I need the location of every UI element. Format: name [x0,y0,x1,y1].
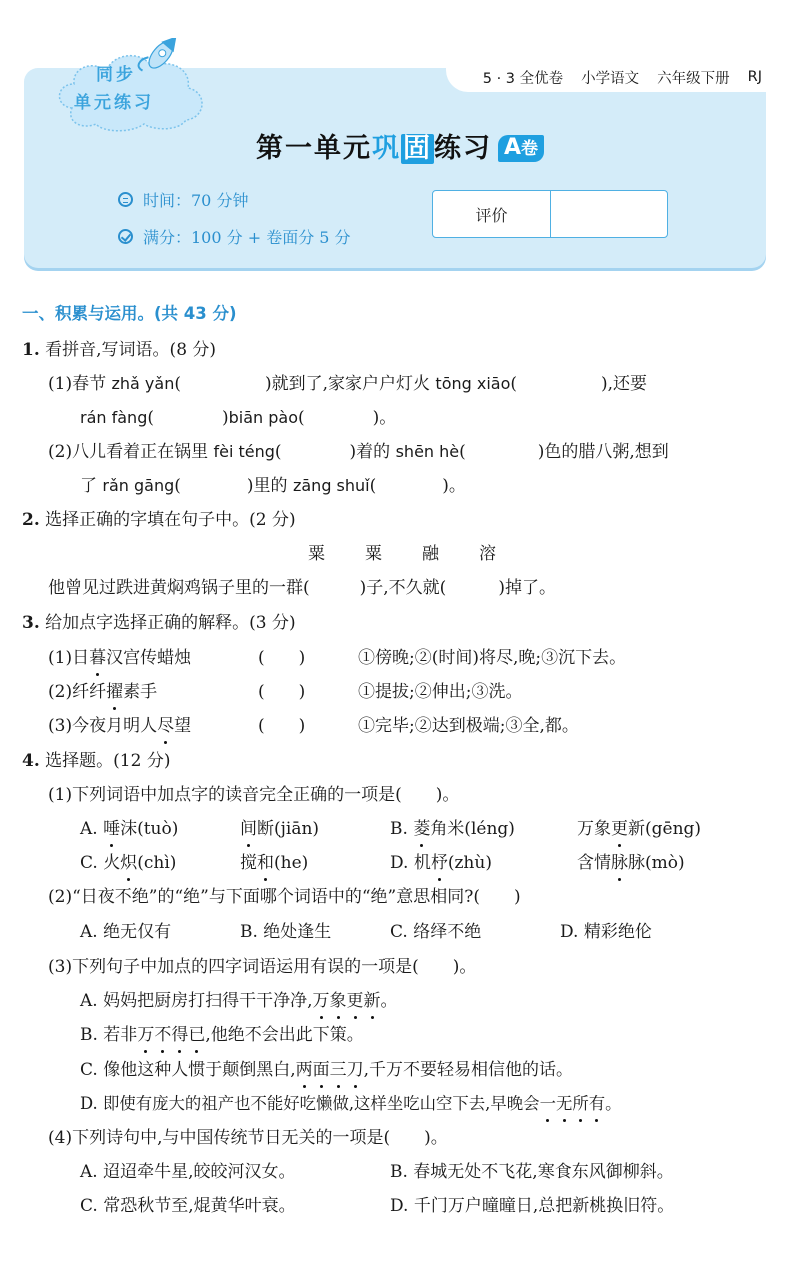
option-label: A. [80,819,103,839]
grade: 六年级下册 [657,67,730,88]
option-c[interactable]: C. 像他这种人惯于颠倒黑白,两面三刀,千万不要轻易相信他的话。 [80,1058,573,1082]
dotted-char: 炽 [120,851,137,875]
question-4-title: 4. 选择题。(12 分) [22,749,170,773]
text: ( [510,374,517,394]
pinyin: shēn hè [396,442,460,461]
option-c[interactable]: C. 络绎不绝 [390,920,481,944]
dotted-char: 菱 [413,817,430,841]
choice-char: 融 [422,544,439,564]
text: ,千万不要轻易相信他的话。 [364,1060,573,1080]
text: ( [459,442,466,462]
q4-sub4-prompt: (4)下列诗句中,与中国传统节日无关的一项是( )。 [48,1126,448,1150]
series-info: 5 · 3 全优卷 小学语文 六年级下册 RJ [446,66,766,88]
dotted-char: 已 [188,1023,205,1047]
badge-line1: 同步 [96,60,136,85]
answer-paren[interactable]: ( ) [258,680,305,704]
text: 角米(léng) [430,819,515,839]
question-number: 4. [22,751,40,771]
answer-paren[interactable]: ( ) [258,714,305,738]
text: ) [222,408,229,428]
text: ( [174,374,181,394]
q4-sub3-prompt: (3)下列句子中加点的四字词语运用有误的一项是( )。 [48,955,476,979]
dotted-char: 更 [611,817,628,841]
text: D. 即使有庞大的祖产也不能好吃懒做,这样坐吃山空下去,早晚会 [80,1094,540,1113]
question-prompt: 给加点字选择正确的解释。(3 分) [45,613,295,633]
q3-item: (3)今夜月明人尽望 [48,714,191,738]
dotted-char: 唾 [103,817,120,841]
option-c-1[interactable]: C. 火炽(chì) [80,851,176,875]
text: 万象 [577,819,611,839]
q4-sub2-prompt: (2)“日夜不绝”的“绝”与下面哪个词语中的“绝”意思相同?( ) [48,885,521,909]
paper-version-badge: A卷 [498,135,544,162]
dotted-char: 更 [347,989,364,1013]
dotted-char: 得 [171,1023,188,1047]
pinyin: rán fàng [80,408,147,427]
pinyin: zāng shuǐ [293,476,370,495]
score-text: 满分：100 分 + 卷面分 5 分 [143,225,351,248]
text: A. 妈妈把厨房打扫得干干净净, [80,991,313,1011]
text: 他曾见过跌进黄焖鸡锅子里的一群( [48,578,310,598]
dotted-char: 两 [296,1058,313,1082]
subject: 小学语文 [581,67,639,88]
text: 机 [414,853,431,873]
option-label: C. [80,853,103,873]
q3-item: (2)纤纤擢素手 [48,680,157,704]
text: 素手 [123,682,157,702]
dotted-char: 万 [313,989,330,1013]
text: )掉了。 [498,578,556,598]
text: (1)春节 [48,374,111,394]
score-info: 满分：100 分 + 卷面分 5 分 [118,225,351,248]
question-prompt: 选择题。(12 分) [45,751,170,771]
time-text: 时间：70 分钟 [143,188,248,211]
question-prompt: 选择正确的字填在句子中。(2 分) [45,510,295,530]
text: (chì) [137,853,176,873]
option-b[interactable]: B. 若非万不得已,他绝不会出此下策。 [80,1023,364,1047]
dotted-char: 无 [556,1092,572,1116]
option-d[interactable]: D. 千门万户曈曈日,总把新桃换旧符。 [390,1194,674,1218]
dotted-char: 刀 [347,1058,364,1082]
q1-line-4: 了 rǎn gāng()里的 zāng shuǐ()。 [80,474,466,498]
answer-paren[interactable]: ( ) [258,646,305,670]
dotted-char: 一 [540,1092,556,1116]
dotted-char: 新 [364,989,381,1013]
title-part4: 练习 [434,133,492,164]
option-a-1[interactable]: A. 唾沫(tuò) [80,817,178,841]
dotted-char: 万 [137,1023,154,1047]
evaluation-label: 评价 [433,191,551,237]
text: 。 [605,1094,621,1113]
badge-letter: A [504,135,521,160]
text: )里的 [247,476,293,496]
dotted-char: 不 [154,1023,171,1047]
check-circle-icon [118,229,133,244]
text: 脉(mò) [628,853,685,873]
edition: RJ [748,69,762,85]
text: 含情 [577,853,611,873]
text: ,他绝不会出此下策。 [205,1025,363,1045]
dotted-char: 面 [313,1058,330,1082]
question-number: 2. [22,510,40,530]
dotted-char: 擢 [106,680,123,704]
text: )就到了,家家户户灯火 [265,374,435,394]
text: 望 [174,716,191,736]
text: 新(gēng) [628,819,701,839]
option-c[interactable]: C. 常恐秋节至,焜黄华叶衰。 [80,1194,296,1218]
pinyin: biān pào [229,408,298,427]
question-2-title: 2. 选择正确的字填在句子中。(2 分) [22,508,296,532]
q2-sentence: 他曾见过跌进黄焖鸡锅子里的一群()子,不久就()掉了。 [48,576,556,600]
q1-line-3: (2)八儿看着正在锅里 fèi téng()着的 shēn hè()色的腊八粥,… [48,440,669,464]
dotted-char: 脉 [611,851,628,875]
pinyin: tōng xiāo [435,374,510,393]
question-number: 3. [22,613,40,633]
badge-line2: 单元练习 [74,88,154,113]
text: ( [275,442,282,462]
q3-options: ①傍晚;②(时间)将尽,晚;③沉下去。 [358,646,626,670]
pinyin: rǎn gāng [102,476,174,495]
evaluation-field[interactable] [551,191,667,237]
dotted-char: 象 [330,989,347,1013]
title-part1: 第一单元 [256,133,372,164]
section-heading: 一、积累与运用。(共 43 分) [22,302,237,326]
text: 。 [381,991,398,1011]
q4-sub1-prompt: (1)下列词语中加点字的读音完全正确的一项是( )。 [48,783,459,807]
text: )着的 [350,442,396,462]
dotted-char: 有 [589,1092,605,1116]
badge-text: 卷 [521,139,538,159]
option-b[interactable]: B. 春城无处不飞花,寒食东风御柳斜。 [390,1160,674,1184]
series-name: 5 · 3 全优卷 [483,67,563,88]
title-part2: 巩 [372,133,401,164]
dotted-char: 暮 [89,646,106,670]
title-part3: 固 [401,134,434,164]
question-prompt: 看拼音,写词语。(8 分) [45,340,216,360]
option-a-2: 间断(jiān) [240,817,319,841]
option-a[interactable]: A. 绝无仅有 [80,920,171,944]
option-b-1[interactable]: B. 菱角米(léng) [390,817,515,841]
q1-line-2: rán fàng()biān pào()。 [80,406,396,430]
page-title: 第一单元巩固练习A卷 [0,126,800,165]
option-d-2: 含情脉脉(mò) [577,851,685,875]
cloud-rocket-icon [52,38,212,134]
option-a[interactable]: A. 妈妈把厨房打扫得干干净净,万象更新。 [80,989,398,1013]
q3-options: ①完毕;②达到极端;③全,都。 [358,714,579,738]
text: 断(jiān) [257,819,319,839]
option-label: B. [390,819,413,839]
option-d[interactable]: D. 即使有庞大的祖产也不能好吃懒做,这样坐吃山空下去,早晚会一无所有。 [80,1092,622,1116]
dotted-char: 尽 [157,714,174,738]
option-b-2: 万象更新(gēng) [577,817,701,841]
question-number: 1. [22,340,40,360]
q3-item: (1)日暮汉宫传蜡烛 [48,646,191,670]
option-c-2: 搅和(he) [240,851,308,875]
question-1-title: 1. 看拼音,写词语。(8 分) [22,338,216,362]
q2-choices: 粟粟融溶 [308,542,496,566]
text: ( [298,408,305,428]
dotted-char: 三 [330,1058,347,1082]
text: )子,不久就( [360,578,447,598]
evaluation-box: 评价 [432,190,668,238]
text: (he) [274,853,308,873]
text: 沫(tuò) [120,819,178,839]
text: (3)今夜月明人 [48,716,157,736]
q1-line-1: (1)春节 zhǎ yǎn()就到了,家家户户灯火 tōng xiāo(),还要 [48,372,647,396]
question-3-title: 3. 给加点字选择正确的解释。(3 分) [22,611,296,635]
option-b[interactable]: B. 绝处逢生 [240,920,331,944]
hourglass-icon [118,192,133,207]
text: 火 [103,853,120,873]
text: C. 像他这种人惯于颠倒黑白, [80,1060,296,1080]
text: 了 [80,476,102,496]
text: B. 若非 [80,1025,137,1045]
text: (1)日 [48,648,89,668]
option-d-1[interactable]: D. 机杼(zhù) [390,851,492,875]
dotted-char: 间 [240,817,257,841]
text: (2)纤纤 [48,682,106,702]
pinyin: fèi téng [213,442,274,461]
dotted-char: 杼 [431,851,448,875]
dotted-char: 和 [257,851,274,875]
text: ( [370,476,377,496]
text: )色的腊八粥,想到 [538,442,669,462]
text: ( [147,408,154,428]
text: )。 [442,476,466,496]
text: 搅 [240,853,257,873]
text: ),还要 [601,374,647,394]
text: )。 [373,408,397,428]
text: ( [174,476,181,496]
time-info: 时间：70 分钟 [118,188,248,211]
text: (2)八儿看着正在锅里 [48,442,213,462]
option-label: D. [390,853,414,873]
choice-char: 溶 [479,544,496,564]
text: 汉宫传蜡烛 [106,648,191,668]
text: (zhù) [448,853,492,873]
option-d[interactable]: D. 精彩绝伦 [560,920,652,944]
option-a[interactable]: A. 迢迢牵牛星,皎皎河汉女。 [80,1160,296,1184]
choice-char: 粟 [365,544,382,564]
dotted-char: 所 [572,1092,588,1116]
pinyin: zhǎ yǎn [111,374,174,393]
choice-char: 粟 [308,544,325,564]
q3-options: ①提拔;②伸出;③洗。 [358,680,522,704]
